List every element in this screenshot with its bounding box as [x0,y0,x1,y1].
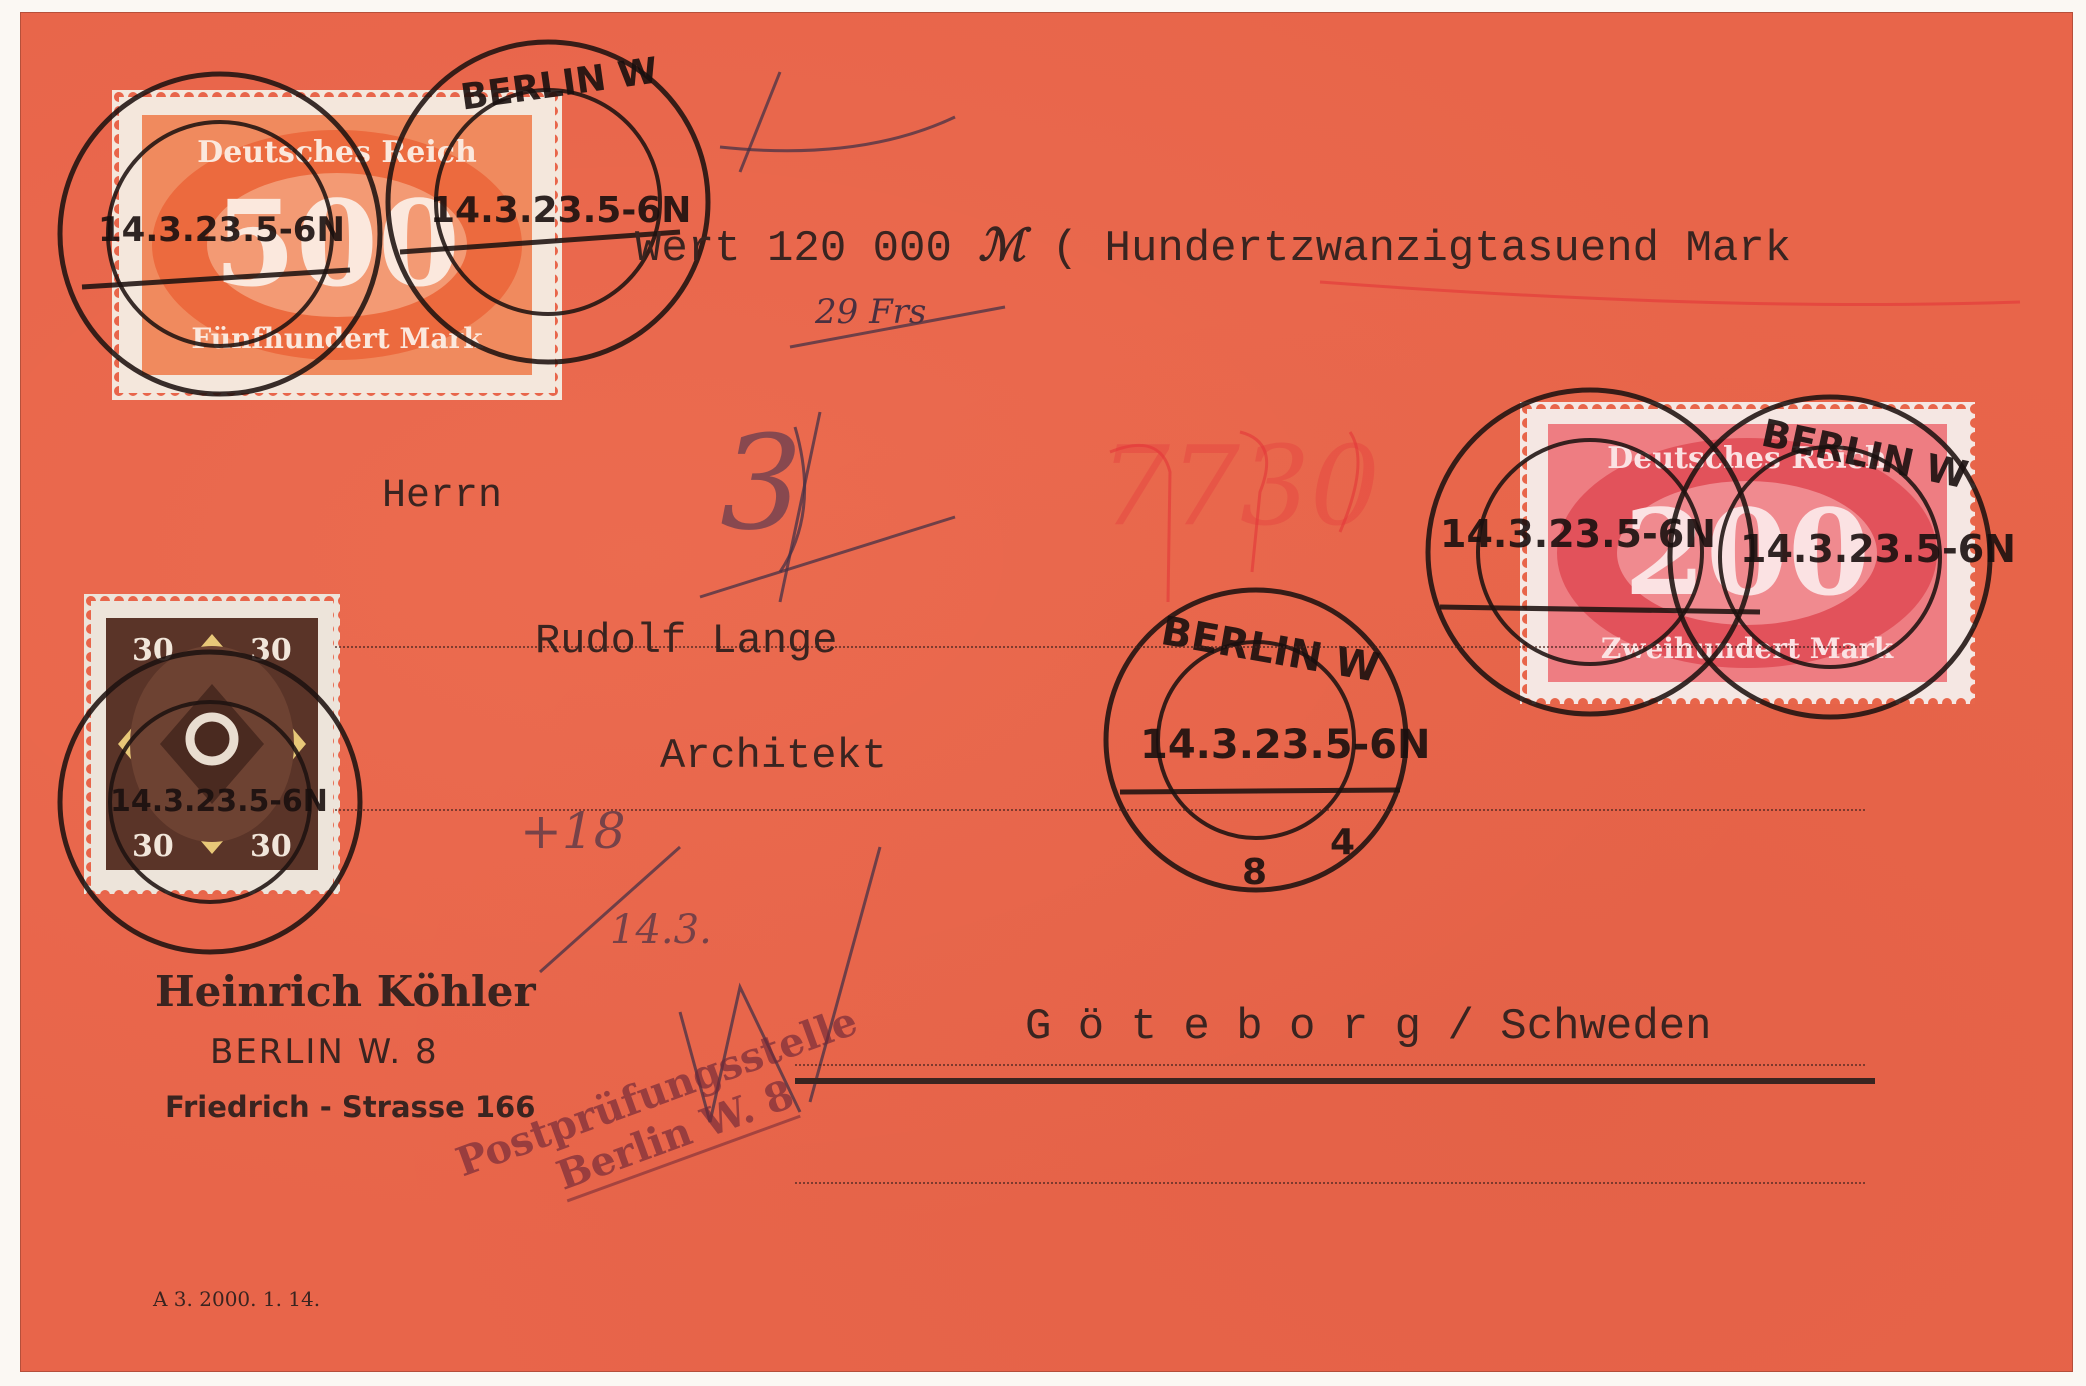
value-words: ( Hundertzwanzigtasuend Mark [1052,224,1791,274]
handwritten-francs: 29 Frs [815,292,926,332]
recipient-city-line: G ö t e b o r g / Schweden [1025,1002,1712,1052]
postmark-left-30-date: 14.3.23.5-6N [110,784,328,819]
sender-street: Friedrich - Strasse 166 [165,1090,535,1124]
handwritten-number: 3 [720,407,803,559]
postmark-right-b-date: 14.3.23.5-6N [1740,527,2016,571]
recipient-city: G ö t e b o r g [1025,1002,1421,1052]
postmark-center-code: 4 [1330,822,1355,863]
value-prefix: Wert [635,224,741,274]
postmark-center-date: 14.3.23.5-6N [1140,722,1431,768]
recipient-separator: / [1447,1002,1473,1052]
form-number: A 3. 2000. 1. 14. [153,1287,320,1311]
city-underline [795,1078,1875,1084]
address-line-4 [795,1182,1865,1184]
handwritten-red-number: 7730 [1100,422,1380,550]
handwritten-fraction-bottom: 14.3. [610,907,712,953]
postmark-center-letter: 8 [1242,852,1267,893]
value-amount: 120 000 [767,224,952,274]
address-line-3 [795,1064,1865,1066]
recipient-occupation: Architekt [660,732,887,780]
envelope: 500 Deutsches Reich Fünfhundert Mark 200… [20,12,2073,1372]
postmark-top-left-date: 14.3.23.5-6N [98,210,345,250]
postmark-right-a-date: 14.3.23.5-6N [1440,512,1716,556]
value-declaration: Wert 120 000 ℳ ( Hundertzwanzigtasuend M… [635,220,1791,274]
value-currency: ℳ [978,224,1025,274]
recipient-name: Rudolf Lange [535,617,837,665]
address-line-2 [335,809,1865,811]
sender-name: Heinrich Köhler [155,967,536,1016]
recipient-salutation: Herrn [382,474,502,519]
sender-city: BERLIN W. 8 [210,1032,439,1072]
recipient-country: Schweden [1500,1002,1711,1052]
